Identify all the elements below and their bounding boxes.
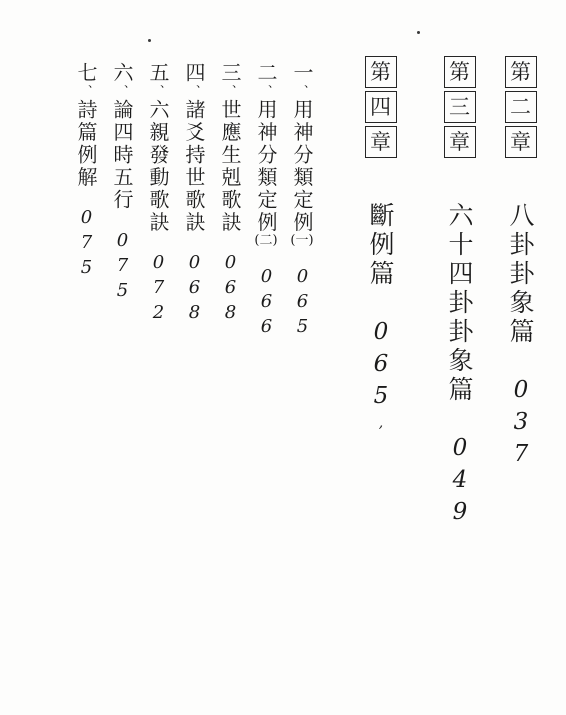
item-title: 諸爻持世歌訣 <box>182 99 206 234</box>
chapter-4-heading: 第 四 章 <box>365 56 397 158</box>
item-title: 用神分類定例 <box>254 99 278 234</box>
toc-item-1-text: 一、用神分類定例(一) <box>290 62 313 248</box>
boxed-char: 第 <box>444 56 476 88</box>
chapter-3-heading: 第 三 章 <box>444 56 476 158</box>
enumerator-comma: 、 <box>259 85 273 100</box>
page-number-digits: 065 <box>368 319 394 415</box>
chapter-4-title: 斷例篇 <box>368 202 393 289</box>
toc-item-4-page-number: 068 <box>185 252 203 327</box>
toc-item-1: 一、用神分類定例(一) 065 <box>289 62 315 341</box>
chapter-2-heading: 第 二 章 <box>505 56 537 158</box>
toc-item-1-page-number: 065 <box>293 266 311 341</box>
item-numeral: 七 <box>74 62 98 85</box>
toc-item-3-text: 三、世應生剋歌訣 <box>220 62 240 234</box>
toc-item-7: 七、詩篇例解 075 <box>73 62 99 282</box>
toc-item-5-text: 五、六親發動歌訣 <box>148 62 168 234</box>
boxed-char: 章 <box>505 126 537 158</box>
toc-item-7-page-number: 075 <box>77 207 95 282</box>
item-numeral: 二 <box>254 62 278 85</box>
toc-item-2-page-number: 066 <box>257 266 275 341</box>
item-title: 六親發動歌訣 <box>146 99 170 234</box>
item-paren-label: (二) <box>254 234 277 248</box>
item-title: 詩篇例解 <box>74 99 98 189</box>
boxed-char: 章 <box>444 126 476 158</box>
boxed-char: 章 <box>365 126 397 158</box>
scan-speck <box>417 31 420 34</box>
item-numeral: 四 <box>182 62 206 85</box>
scan-comma-mark: , <box>373 415 389 437</box>
enumerator-comma: 、 <box>187 85 201 100</box>
toc-item-5: 五、六親發動歌訣 072 <box>145 62 171 327</box>
chapter-2-column: 第 二 章 八卦卦象篇 037 <box>503 56 538 473</box>
toc-item-5-page-number: 072 <box>149 252 167 327</box>
chapter-4-column: 第 四 章 斷例篇 065, <box>363 56 398 437</box>
toc-item-7-text: 七、詩篇例解 <box>76 62 96 189</box>
boxed-char: 三 <box>444 91 476 123</box>
item-paren-label: (一) <box>290 234 313 248</box>
toc-item-3-page-number: 068 <box>221 252 239 327</box>
toc-page: 第 二 章 八卦卦象篇 037 第 三 章 六十四卦卦象篇 049 第 四 章 … <box>0 0 566 715</box>
enumerator-comma: 、 <box>151 85 165 100</box>
enumerator-comma: 、 <box>79 85 93 100</box>
item-title: 世應生剋歌訣 <box>218 99 242 234</box>
toc-item-2: 二、用神分類定例(二) 066 <box>253 62 279 341</box>
chapter-4-page-number: 065, <box>369 319 392 437</box>
toc-item-4-text: 四、諸爻持世歌訣 <box>184 62 204 234</box>
boxed-char: 第 <box>505 56 537 88</box>
item-title: 用神分類定例 <box>290 99 314 234</box>
boxed-char: 第 <box>365 56 397 88</box>
scan-speck <box>148 39 151 42</box>
boxed-char: 四 <box>365 91 397 123</box>
chapter-3-title: 六十四卦卦象篇 <box>447 202 472 405</box>
item-numeral: 五 <box>146 62 170 85</box>
enumerator-comma: 、 <box>115 85 129 100</box>
enumerator-comma: 、 <box>295 85 309 100</box>
toc-item-4: 四、諸爻持世歌訣 068 <box>181 62 207 327</box>
item-numeral: 六 <box>110 62 134 85</box>
chapter-2-page-number: 037 <box>509 377 532 473</box>
item-numeral: 三 <box>218 62 242 85</box>
toc-item-3: 三、世應生剋歌訣 068 <box>217 62 243 327</box>
boxed-char: 二 <box>505 91 537 123</box>
enumerator-comma: 、 <box>223 85 237 100</box>
chapter-3-column: 第 三 章 六十四卦卦象篇 049 <box>442 56 477 531</box>
item-title: 論四時五行 <box>110 99 134 212</box>
chapter-3-page-number: 049 <box>448 435 471 531</box>
item-numeral: 一 <box>290 62 314 85</box>
toc-item-2-text: 二、用神分類定例(二) <box>254 62 277 248</box>
chapter-2-title: 八卦卦象篇 <box>508 202 533 347</box>
toc-item-6-page-number: 075 <box>113 230 131 305</box>
toc-item-6-text: 六、論四時五行 <box>112 62 132 212</box>
toc-item-6: 六、論四時五行 075 <box>109 62 135 305</box>
